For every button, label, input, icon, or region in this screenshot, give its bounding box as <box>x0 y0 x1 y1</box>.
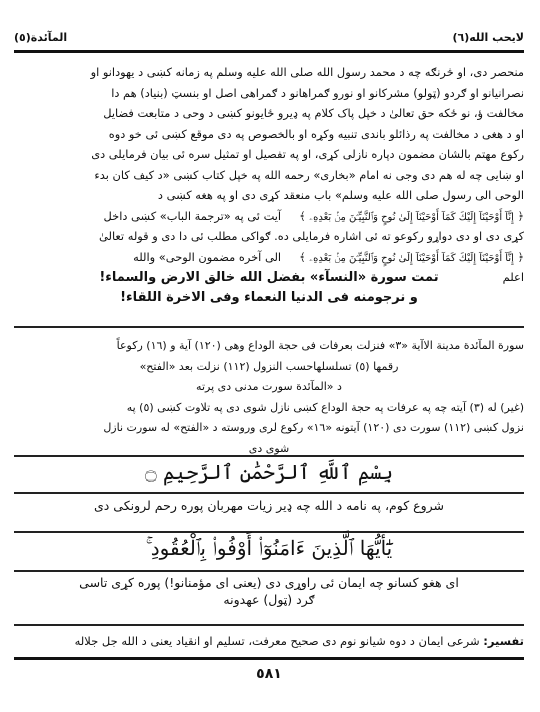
text-line: او د هغی د مخالفت په رذائلو باندی تنبیه … <box>14 124 524 145</box>
text-fragment: الی آخره مضمون الوحی» والله <box>133 250 281 264</box>
ayah-rule-top <box>14 531 524 533</box>
tafsir-text: شرعی ایمان د دوه شیانو نوم دی صحیح معرفت… <box>75 634 480 648</box>
info-line: (غیر) له (٣) آیته چه په عرفات په حجة الو… <box>14 398 524 419</box>
verse-citation-line: ﴿ إِنَّآ أَوْحَيْنَآ إِلَيْكَ كَمَآ أَوْ… <box>14 206 524 227</box>
section-rule <box>14 326 524 328</box>
footer-rule <box>14 657 524 660</box>
quran-verse: إِنَّآ أَوْحَيْنَآ إِلَيْكَ كَمَآ أَوْحَ… <box>309 212 514 223</box>
document-page: لايحب الله(٦) المآئدة(٥) منحصر دی، او څر… <box>14 0 524 712</box>
quran-verse: إِنَّآ أَوْحَيْنَآ إِلَيْكَ كَمَآ أَوْحَ… <box>309 253 514 264</box>
text-line: الوحی الی رسول صلی الله علیه وسلم» باب م… <box>14 185 524 206</box>
running-header: لايحب الله(٦) المآئدة(٥) <box>14 31 524 47</box>
translation-line: ای هغو کسانو چه ایمان ئی راوړی دی (یعنی … <box>14 574 524 591</box>
info-line: نزول کښی (١١٢) سورت دی (١٢٠) آیتونه «١٦»… <box>14 418 524 439</box>
closing-line-2: و نرجومنه فی الدنیا النعماء وفی الاخرة ا… <box>14 288 524 308</box>
tafsir-rule-top <box>14 624 524 626</box>
header-rule <box>14 50 524 53</box>
verse-citation-line: ﴿ إِنَّآ أَوْحَيْنَآ إِلَيْكَ كَمَآ أَوْ… <box>14 247 524 268</box>
basmala-rule-top <box>14 455 524 457</box>
intro-paragraph: منحصر دی، او څرنګه چه د محمد رسول الله ص… <box>14 62 524 288</box>
text-fragment: آیت ئی په «ترجمة الباب» کښی داخل <box>104 209 282 223</box>
basmala-rule-bottom <box>14 492 524 494</box>
header-part-title: لايحب الله(٦) <box>452 31 524 44</box>
surah-info-block: سورة المآئدة مدینة الاآیة «٣» فنزلت بعرف… <box>14 336 524 459</box>
text-line: منحصر دی، او څرنګه چه د محمد رسول الله ص… <box>14 62 524 83</box>
text-line: رکوع مهتم بالشان مضمون دپاره نازلی کړی، … <box>14 144 524 165</box>
basmala-arabic: بِسْمِ ٱللَّهِ ٱلرَّحْمَٰنِ ٱلرَّحِيمِ ۝ <box>14 460 524 484</box>
translation-line: ګرد (ټول) عهدونه <box>14 591 524 608</box>
info-line: سورة المآئدة مدینة الاآیة «٣» فنزلت بعرف… <box>14 336 524 357</box>
text-line: کړی دی او دی دواړو رکوعو ته ئی اشاره فرم… <box>14 226 524 247</box>
ornate-bracket-open: ﴿ <box>518 251 524 264</box>
page-number: ٥٨١ <box>14 666 524 682</box>
ayah-translation: ای هغو کسانو چه ایمان ئی راوړی دی (یعنی … <box>14 574 524 608</box>
tafsir-line: تفسیر: شرعی ایمان د دوه شیانو نوم دی صحی… <box>14 634 524 648</box>
ornate-bracket-close: ﴾ <box>299 210 305 223</box>
ornate-bracket-close: ﴾ <box>299 251 305 264</box>
text-line: مخالفت ؤ، نو ځکه حق تعالیٰ د خپل پاک کلا… <box>14 103 524 124</box>
tafsir-label: تفسیر: <box>483 634 524 648</box>
text-line: او ښایی چه له هم دی وجی نه امام «بخاری» … <box>14 165 524 186</box>
info-line: رقمها (٥) تسلسلهاحسب النزول (١١٢) نزلت ب… <box>14 357 524 378</box>
surah-closing-formula: تمت سورة «النسآء» بفضل الله خالق الارض و… <box>14 268 524 308</box>
header-surah-title: المآئدة(٥) <box>14 31 67 44</box>
ornate-bracket-open: ﴿ <box>518 210 524 223</box>
basmala-translation: شروع کوم، په نامه د الله چه ډیر زیات مهر… <box>14 498 524 513</box>
ayah-arabic: يَٰٓأَيُّهَا ٱلَّذِينَ ءَامَنُوٓا۟ أَوْف… <box>14 536 524 560</box>
ayah-rule-bottom <box>14 570 524 572</box>
closing-line-1: تمت سورة «النسآء» بفضل الله خالق الارض و… <box>14 268 524 288</box>
text-line: نصرانیانو او ګردو (ټولو) مشرکانو او نورو… <box>14 83 524 104</box>
info-line: د «المآئدة سورت مدنی دی پرته <box>14 377 524 398</box>
